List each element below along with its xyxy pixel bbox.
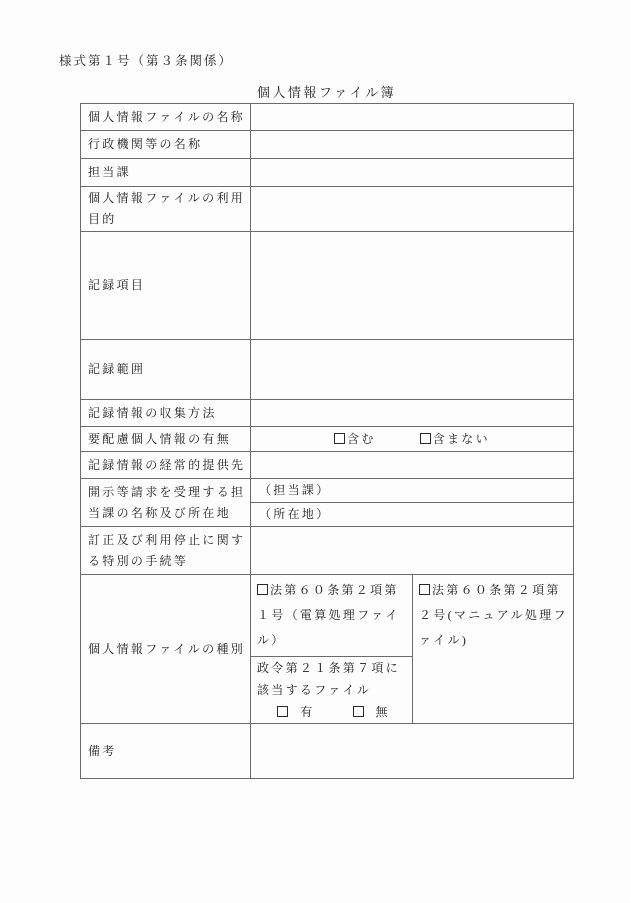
file-type-manual-option: 法第６０条第２項第２号(マニュアル処理ファイル) [413, 575, 574, 724]
exclude-option-label: 含まない [433, 432, 490, 446]
cabinet-order-cell: 政令第２１条第７項に該当するファイル 有 無 [251, 657, 413, 724]
computer-file-checkbox[interactable] [257, 584, 268, 595]
label-file-name: 個人情報ファイルの名称 [81, 104, 251, 131]
label-file-type: 個人情報ファイルの種別 [81, 575, 251, 724]
document-page: 様式第１号（第３条関係） 個人情報ファイル簿 個人情報ファイルの名称 行政機関等… [0, 0, 630, 903]
cabinet-order-label: 政令第２１条第７項に該当するファイル [257, 661, 400, 697]
yes-option-label: 有 [300, 705, 314, 719]
no-option-label: 無 [376, 705, 390, 719]
label-recorded-scope: 記録範囲 [81, 340, 251, 400]
field-file-name[interactable] [251, 104, 574, 131]
file-type-computer-option: 法第６０条第２項第１号（電算処理ファイル） [251, 575, 413, 657]
manual-file-checkbox[interactable] [419, 584, 430, 595]
field-division[interactable] [251, 159, 574, 187]
field-disclosure-address[interactable]: （所在地） [251, 503, 574, 527]
field-remarks[interactable] [251, 724, 574, 779]
computer-file-option-label: 法第６０条第２項第１号（電算処理ファイル） [257, 583, 400, 647]
row-file-type: 個人情報ファイルの種別 法第６０条第２項第１号（電算処理ファイル） 法第６０条第… [81, 575, 574, 657]
label-collection-method: 記録情報の収集方法 [81, 400, 251, 427]
label-purpose: 個人情報ファイルの利用目的 [81, 187, 251, 232]
exclude-checkbox[interactable] [420, 433, 431, 444]
include-option: 含む [334, 432, 376, 446]
row-division: 担当課 [81, 159, 574, 187]
field-correction-procedures[interactable] [251, 527, 574, 575]
label-correction-procedures: 訂正及び利用停止に関する特別の手続等 [81, 527, 251, 575]
field-recorded-items[interactable] [251, 232, 574, 340]
field-purpose[interactable] [251, 187, 574, 232]
row-routine-recipients: 記録情報の経常的提供先 [81, 452, 574, 479]
field-disclosure-division[interactable]: （担当課） [251, 479, 574, 503]
label-sensitive-info: 要配慮個人情報の有無 [81, 427, 251, 452]
row-remarks: 備考 [81, 724, 574, 779]
yes-checkbox[interactable] [277, 706, 288, 717]
cabinet-order-yesno: 有 無 [257, 701, 410, 723]
row-correction-procedures: 訂正及び利用停止に関する特別の手続等 [81, 527, 574, 575]
form-number: 様式第１号（第３条関係） [59, 51, 233, 69]
yes-option: 有 [277, 701, 314, 723]
row-recorded-scope: 記録範囲 [81, 340, 574, 400]
label-remarks: 備考 [81, 724, 251, 779]
label-agency: 行政機関等の名称 [81, 131, 251, 159]
include-checkbox[interactable] [334, 433, 345, 444]
document-title: 個人情報ファイル簿 [80, 82, 573, 101]
row-recorded-items: 記録項目 [81, 232, 574, 340]
include-option-label: 含む [347, 432, 376, 446]
no-option: 無 [353, 701, 390, 723]
field-recorded-scope[interactable] [251, 340, 574, 400]
row-disclosure-office: 開示等請求を受理する担当課の名称及び所在地 （担当課） [81, 479, 574, 503]
no-checkbox[interactable] [353, 706, 364, 717]
field-agency[interactable] [251, 131, 574, 159]
row-file-name: 個人情報ファイルの名称 [81, 104, 574, 131]
row-purpose: 個人情報ファイルの利用目的 [81, 187, 574, 232]
manual-file-option-label: 法第６０条第２項第２号(マニュアル処理ファイル) [419, 583, 568, 647]
field-collection-method[interactable] [251, 400, 574, 427]
exclude-option: 含まない [420, 432, 490, 446]
row-agency: 行政機関等の名称 [81, 131, 574, 159]
field-routine-recipients[interactable] [251, 452, 574, 479]
row-collection-method: 記録情報の収集方法 [81, 400, 574, 427]
label-division: 担当課 [81, 159, 251, 187]
label-routine-recipients: 記録情報の経常的提供先 [81, 452, 251, 479]
sensitive-info-options: 含む含まない [251, 427, 574, 452]
row-sensitive-info: 要配慮個人情報の有無 含む含まない [81, 427, 574, 452]
personal-info-file-register-table: 個人情報ファイルの名称 行政機関等の名称 担当課 個人情報ファイルの利用目的 記… [80, 103, 574, 779]
label-recorded-items: 記録項目 [81, 232, 251, 340]
label-disclosure-office: 開示等請求を受理する担当課の名称及び所在地 [81, 479, 251, 527]
